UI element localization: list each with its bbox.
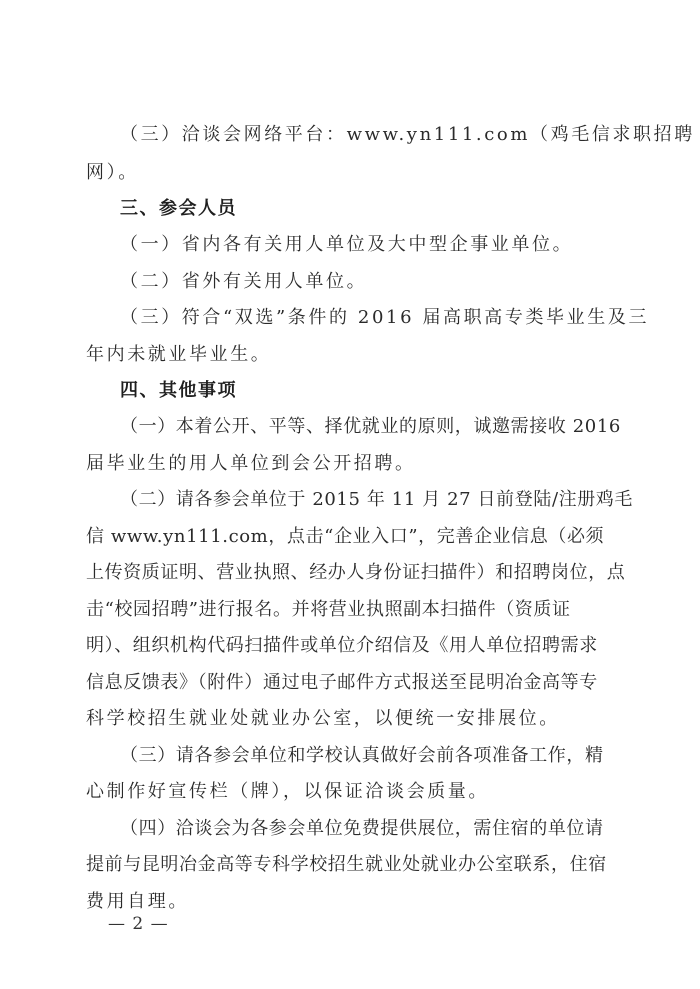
paragraph-line: （一）省内各有关用人单位及大中型企事业单位。 <box>120 234 596 256</box>
paragraph-line: 心制作好宣传栏（牌），以保证洽谈会质量。 <box>86 781 596 803</box>
paragraph-line: 提前与昆明冶金高等专科学校招生就业处就业办公室联系，住宿 <box>86 854 596 876</box>
paragraph-line: （二）省外有关用人单位。 <box>120 271 596 293</box>
section-heading-other-matters: 四、其他事项 <box>120 380 596 402</box>
paragraph-line: 网）。 <box>86 162 596 184</box>
page-number: — 2 — <box>108 914 169 934</box>
paragraph-line: （三）符合“双选”条件的 2016 届高职高专类毕业生及三 <box>120 307 596 329</box>
paragraph-line: 上传资质证明、营业执照、经办人身份证扫描件）和招聘岗位，点 <box>86 562 596 584</box>
section-heading-participants: 三、参会人员 <box>120 198 596 220</box>
paragraph-line: 信 www.yn111.com，点击“企业入口”，完善企业信息（必须 <box>86 526 596 548</box>
paragraph-line: （四）洽谈会为各参会单位免费提供展位，需住宿的单位请 <box>120 818 596 840</box>
paragraph-line: 费用自理。 <box>86 891 596 913</box>
paragraph-line: 届毕业生的用人单位到会公开招聘。 <box>86 453 596 475</box>
paragraph-line: 击“校园招聘”进行报名。并将营业执照副本扫描件（资质证 <box>86 599 596 621</box>
paragraph-line: （二）请各参会单位于 2015 年 11 月 27 日前登陆/注册鸡毛 <box>120 489 596 511</box>
paragraph-line: （一）本着公开、平等、择优就业的原则，诚邀需接收 2016 <box>120 416 596 438</box>
paragraph-line: 信息反馈表》（附件）通过电子邮件方式报送至昆明冶金高等专 <box>86 672 596 694</box>
paragraph-line: 明）、组织机构代码扫描件或单位介绍信及《用人单位招聘需求 <box>86 635 596 657</box>
paragraph-line: （三）洽谈会网络平台：www.yn111.com（鸡毛信求职招聘 <box>120 124 596 146</box>
paragraph-line: （三）请各参会单位和学校认真做好会前各项准备工作，精 <box>120 745 596 767</box>
paragraph-line: 科学校招生就业处就业办公室，以便统一安排展位。 <box>86 708 596 730</box>
paragraph-line: 年内未就业毕业生。 <box>86 344 596 366</box>
document-page: （三）洽谈会网络平台：www.yn111.com（鸡毛信求职招聘 网）。 三、参… <box>0 0 700 989</box>
